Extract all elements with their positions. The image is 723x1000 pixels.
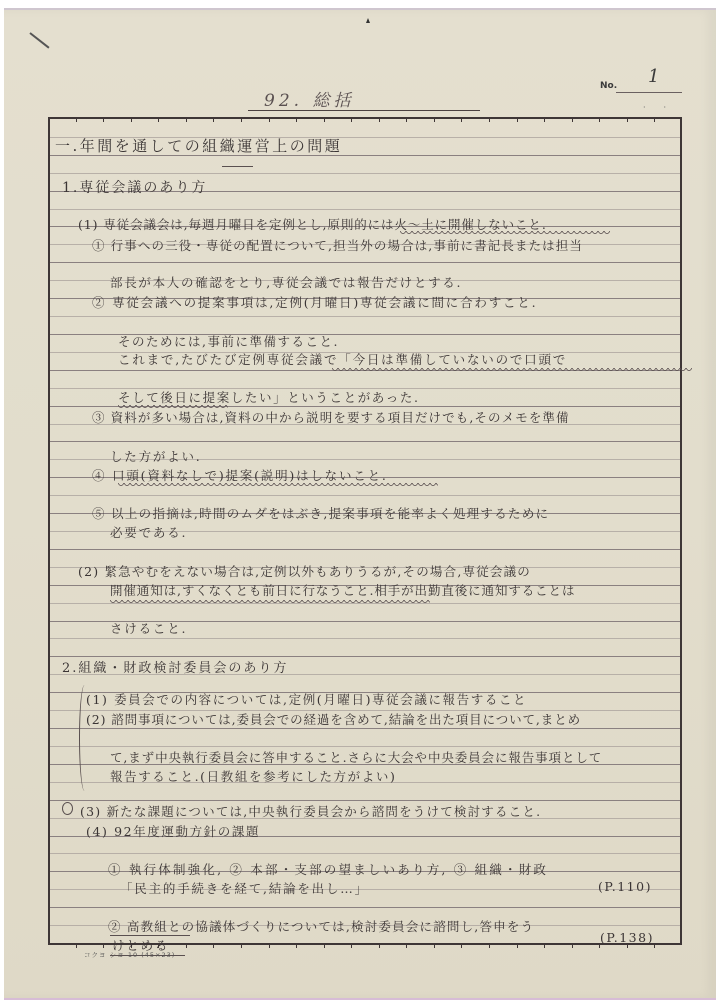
ruler-tick: [324, 945, 325, 948]
ruler-tick: [213, 945, 214, 948]
ruler-tick: [517, 119, 518, 122]
paper-product-label: コクヨ シヨ-10 (45×23): [84, 950, 175, 959]
center-alignment-mark: [366, 18, 370, 23]
ruler-tick: [406, 945, 407, 948]
document-title-line: 92. 総括: [248, 92, 480, 111]
section-2-heading: 2.組織・財政検討委員会のあり方: [62, 657, 288, 676]
item-1-1-a-cont: 部長が本人の確認をとり,専従会議では報告だけとする.: [110, 273, 462, 291]
ruler-tick: [76, 119, 77, 122]
ruled-line: [50, 907, 680, 908]
ruler-tick: [351, 945, 352, 948]
ruler-tick: [269, 119, 270, 122]
page-reference-110: (P.110): [598, 879, 652, 894]
ruled-subline: [50, 209, 680, 210]
ruler-tick: [324, 119, 325, 122]
item-1-1-b-cont-1: そのためには,事前に準備すること.: [118, 332, 339, 350]
ruled-subline: [50, 173, 680, 174]
ruler-tick: [654, 119, 655, 122]
item-2-2-cont-2: 報告すること.(日教組を参考にした方がよい): [110, 767, 396, 785]
registration-dots: ··: [643, 103, 684, 112]
item-1-1-e: ⑤ 以上の指摘は,時間のムダをはぶき,提案事項を能率よく処理するために: [92, 504, 549, 522]
item-2-4-a: ① 執行体制強化, ② 本部・支部の望ましいあり方, ③ 組織・財政: [108, 860, 548, 878]
ruler-tick: [434, 945, 435, 948]
heading-organization-problems: 一.年間を通しての組織運営上の問題: [55, 135, 342, 156]
page-reference-138: (P.138): [600, 930, 654, 945]
ruler-tick: [379, 945, 380, 948]
item-1-1-a: ① 行事への三役・専従の配置について,担当外の場合は,事前に書記長または担当: [92, 236, 583, 254]
ruler-tick: [186, 119, 187, 122]
ruler-tick: [627, 119, 628, 122]
item-1-2-cont-1: 開催通知は,すくなくとも前日に行なうこと.相手が出勤直後に通知することは: [110, 581, 575, 599]
ruler-tick: [103, 119, 104, 122]
ruler-tick: [572, 119, 573, 122]
ruler-tick: [269, 945, 270, 948]
ruler-tick: [599, 119, 600, 122]
item-1-1-d: ④ 口頭(資料なしで)提案(説明)はしないこと.: [92, 466, 388, 484]
ruled-subline: [50, 853, 680, 854]
ruler-tick: [213, 119, 214, 122]
ruler-tick: [461, 119, 462, 122]
ruler-tick: [186, 945, 187, 948]
ruled-line: [50, 800, 680, 801]
item-1-2-cont-2: さけること.: [110, 619, 187, 637]
ruled-subline: [50, 746, 680, 747]
ruler-tick: [654, 945, 655, 948]
ruler-tick: [544, 119, 545, 122]
ruled-line: [50, 549, 680, 550]
page-number-label: No.: [600, 81, 617, 91]
item-1-1-c: ③ 資料が多い場合は,資料の中から説明を要する項目だけでも,そのメモを準備: [92, 408, 570, 426]
item-2-1: (1) 委員会での内容については,定例(月曜日)専従会議に報告すること: [86, 690, 527, 708]
item-2-2: (2) 諮問事項については,委員会での経過を含めて,結論を出た項目について,まと…: [86, 710, 581, 728]
item-2-4: (4) 92年度運動方針の課題: [86, 822, 260, 840]
ruler-tick: [461, 945, 462, 948]
ruled-subline: [50, 638, 680, 639]
ruled-line: [50, 728, 680, 729]
item-2-2-cont-1: て,まず中央執行委員会に答申すること.さらに大会や中央委員会に報告事項として: [110, 748, 602, 766]
item-2-3: (3) 新たな課題については,中央執行委員会から諮問をうけて検討すること.: [80, 802, 541, 820]
ruler-tick: [517, 945, 518, 948]
ruler-tick: [544, 945, 545, 948]
margin-circle-mark: [62, 802, 73, 815]
section-1-heading: 1.専従会議のあり方: [62, 177, 207, 197]
page-number: 1: [648, 66, 659, 87]
ruled-subline: [50, 495, 680, 496]
ruler-tick: [131, 119, 132, 122]
ruled-subline: [50, 316, 680, 317]
top-ruler-ticks: [48, 119, 682, 123]
underline-mark: [110, 935, 190, 936]
ruler-tick: [489, 945, 490, 948]
wavy-underline-mark: [118, 483, 438, 487]
ruler-tick: [406, 119, 407, 122]
ruler-tick: [296, 945, 297, 948]
ruler-tick: [379, 119, 380, 122]
item-2-4-a-quote: 「民主的手続きを経て,結論を出し…」: [120, 879, 369, 897]
document-title: 92. 総括: [264, 86, 354, 111]
underline-mark: [235, 166, 253, 167]
page-number-line: [616, 92, 682, 93]
item-1-1-b-cont-2: これまで,たびたび定例専従会議で「今日は準備していないので口頭で: [118, 350, 567, 368]
ruler-tick: [434, 119, 435, 122]
item-1-1-c-cont: した方がよい.: [110, 447, 202, 465]
item-1-1-b-cont-3: そして後日に提案したい」ということがあった.: [118, 388, 420, 406]
ruled-line: [50, 262, 680, 263]
wavy-underline-mark: [110, 600, 430, 604]
wavy-underline-mark: [400, 231, 610, 235]
ruler-tick: [572, 945, 573, 948]
wavy-underline-mark: [118, 405, 228, 409]
item-2-4-b: ② 高教組との協議体づくりについては,検討委員会に諮問し,答申をう: [108, 917, 534, 935]
ruler-tick: [158, 119, 159, 122]
ruler-tick: [599, 945, 600, 948]
ruled-line: [50, 441, 680, 442]
ruler-tick: [296, 119, 297, 122]
wavy-underline-mark: [332, 368, 692, 372]
item-1-1-e-cont: 必要である.: [110, 523, 187, 541]
ruler-tick: [76, 945, 77, 948]
ruler-tick: [241, 945, 242, 948]
ruler-tick: [103, 945, 104, 948]
item-1-1-b: ② 専従会議への提案事項は,定例(月曜日)専従会議に間に合わすこと.: [92, 293, 537, 311]
item-1-2: (2) 緊急やむをえない場合は,定例以外もありうるが,その場合,専従会議の: [78, 562, 531, 580]
ruler-tick: [627, 945, 628, 948]
ruler-tick: [489, 119, 490, 122]
ruler-tick: [351, 119, 352, 122]
ruler-tick: [241, 119, 242, 122]
